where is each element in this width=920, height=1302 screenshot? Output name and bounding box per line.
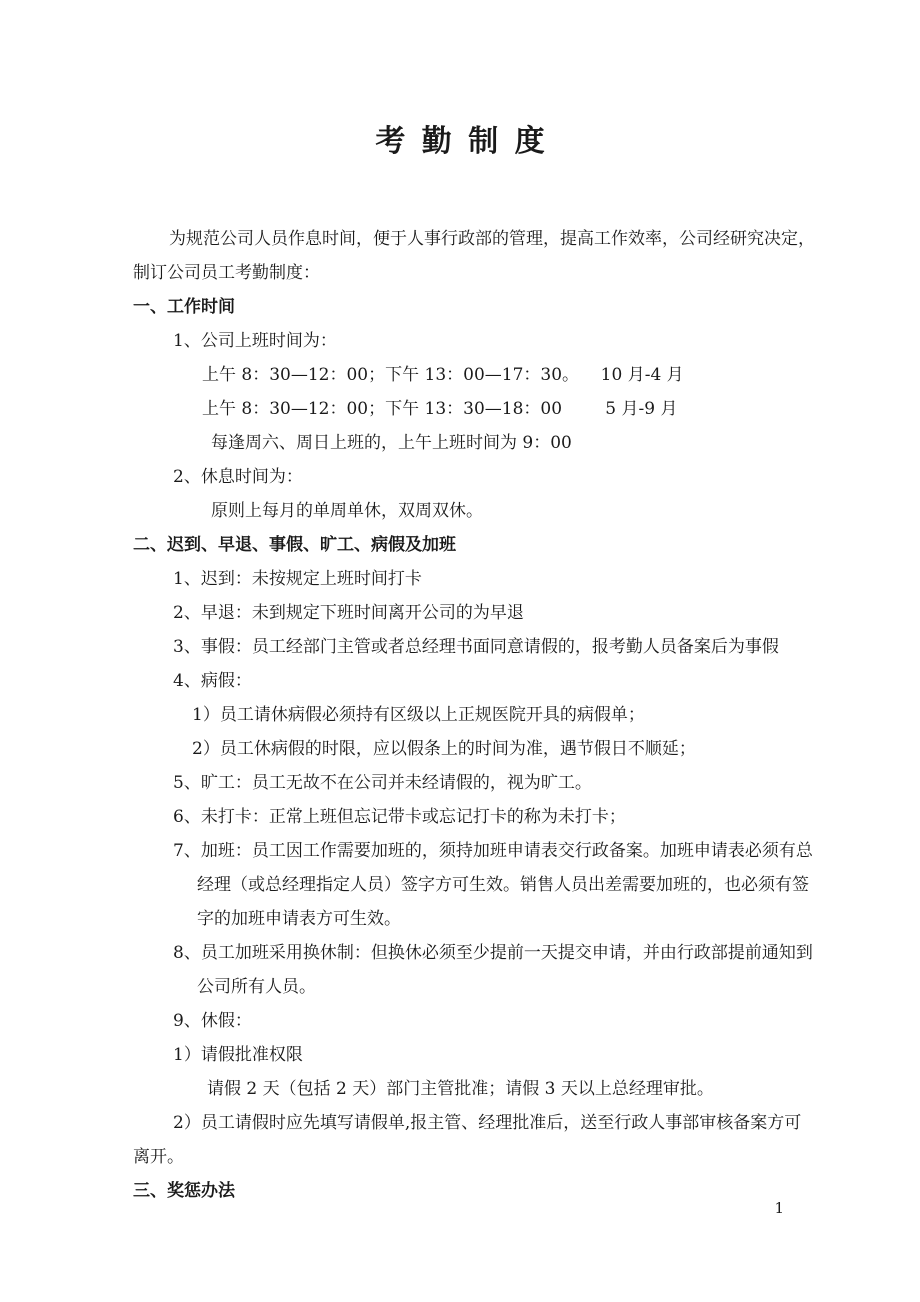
doc-line: 4、病假： (133, 664, 790, 698)
doc-line: 每逢周六、周日上班的，上午上班时间为 9：00 (133, 426, 790, 460)
doc-line: 9、休假： (133, 1004, 790, 1038)
doc-line: 2、休息时间为： (133, 460, 790, 494)
document-page: 考 勤 制 度 为规范公司人员作息时间，便于人事行政部的管理，提高工作效率，公司… (0, 0, 920, 1302)
doc-line: 字的加班申请表方可生效。 (133, 902, 790, 936)
doc-line: 1）请假批准权限 (133, 1038, 790, 1072)
doc-line: 请假 2 天（包括 2 天）部门主管批准；请假 3 天以上总经理审批。 (133, 1072, 790, 1106)
doc-line: 5、旷工：员工无故不在公司并未经请假的，视为旷工。 (133, 766, 790, 800)
doc-line: 6、未打卡：正常上班但忘记带卡或忘记打卡的称为未打卡； (133, 800, 790, 834)
doc-line: 经理（或总经理指定人员）签字方可生效。销售人员出差需要加班的，也必须有签 (133, 868, 790, 902)
doc-line: 为规范公司人员作息时间，便于人事行政部的管理，提高工作效率，公司经研究决定， (133, 222, 790, 256)
doc-line: 1、迟到：未按规定上班时间打卡 (133, 562, 790, 596)
page-number: 1 (774, 1198, 784, 1218)
section-heading: 一、工作时间 (133, 290, 790, 324)
doc-line: 公司所有人员。 (133, 970, 790, 1004)
section-heading: 三、奖惩办法 (133, 1174, 790, 1208)
doc-line: 上午 8：30—12：00；下午 13：00—17：30。 10 月-4 月 (133, 358, 790, 392)
doc-line: 1）员工请休病假必须持有区级以上正规医院开具的病假单； (133, 698, 790, 732)
doc-line: 2、早退：未到规定下班时间离开公司的为早退 (133, 596, 790, 630)
section-heading: 二、迟到、早退、事假、旷工、病假及加班 (133, 528, 790, 562)
doc-line: 2）员工休病假的时限，应以假条上的时间为准，遇节假日不顺延； (133, 732, 790, 766)
doc-line: 原则上每月的单周单休，双周双休。 (133, 494, 790, 528)
doc-line: 上午 8：30—12：00；下午 13：30—18：00 5 月-9 月 (133, 392, 790, 426)
doc-line: 2）员工请假时应先填写请假单,报主管、经理批准后，送至行政人事部审核备案方可 (133, 1106, 790, 1140)
doc-line: 8、员工加班采用换休制：但换休必须至少提前一天提交申请，并由行政部提前通知到 (133, 936, 790, 970)
doc-line: 3、事假：员工经部门主管或者总经理书面同意请假的，报考勤人员备案后为事假 (133, 630, 790, 664)
doc-line: 7、加班：员工因工作需要加班的，须持加班申请表交行政备案。加班申请表必须有总 (133, 834, 790, 868)
doc-line: 离开。 (133, 1140, 790, 1174)
doc-line: 1、公司上班时间为： (133, 324, 790, 358)
document-body: 为规范公司人员作息时间，便于人事行政部的管理，提高工作效率，公司经研究决定，制订… (133, 222, 790, 1208)
document-title: 考 勤 制 度 (133, 120, 790, 164)
doc-line: 制订公司员工考勤制度： (133, 256, 790, 290)
